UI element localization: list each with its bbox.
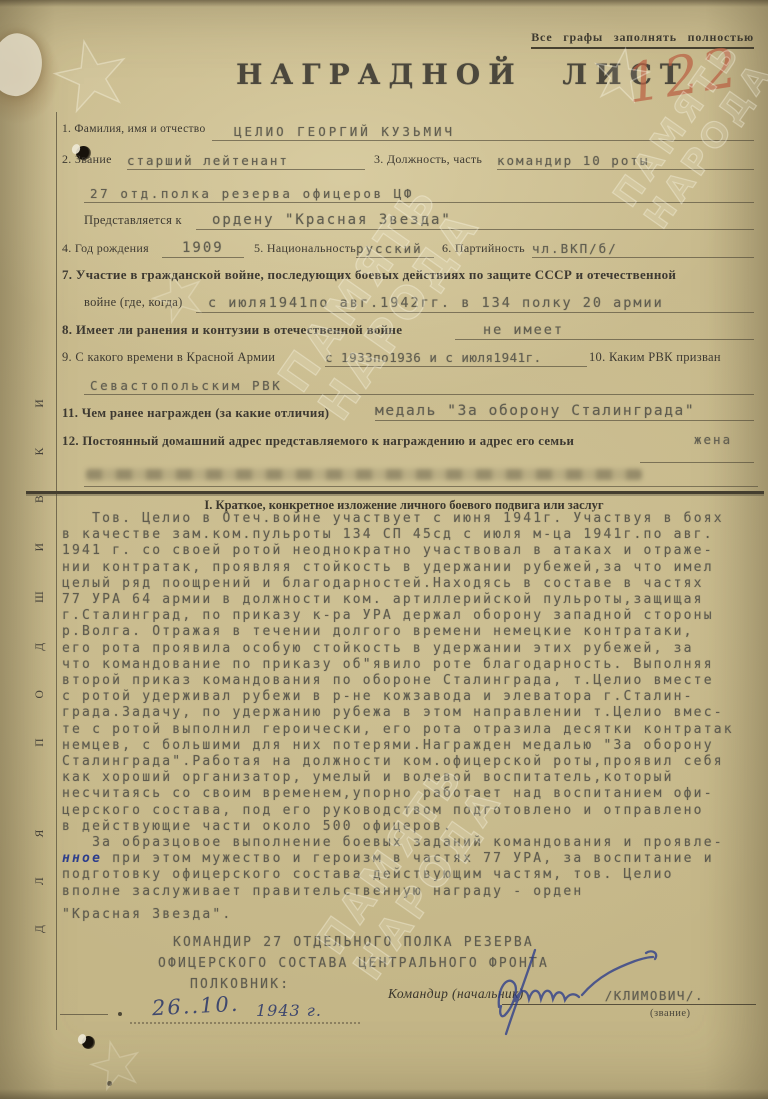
star-watermark-icon: ★ [80, 1022, 152, 1099]
hole-punch [82, 1036, 95, 1049]
citation-corrected-line: нное при этом мужество и героизм в частя… [62, 851, 764, 867]
field-4-value: 1909 [182, 240, 224, 256]
page-title: НАГРАДНОЙ ЛИСТ [236, 58, 689, 91]
field-2-value: старший лейтенант [127, 153, 289, 168]
field-1-line: ЦЕЛИО ГЕОРГИЙ КУЗЬМИЧ [212, 124, 754, 141]
field-11-label: 11. Чем ранее награжден (за какие отличи… [62, 406, 329, 421]
field-3-continuation-line: 27 отд.полка резерва офицеров ЦФ [84, 186, 754, 203]
field-9-label: 9. С какого времени в Красной Армии [62, 350, 275, 365]
field-1-label: 1. Фамилия, имя и отчество [62, 123, 206, 135]
field-10-value: Севастопольским РВК [90, 378, 282, 393]
presented-for-label: Представляется к [84, 213, 182, 228]
blue-ink-correction: нное [62, 851, 102, 866]
field-7-value: с июля1941по авг.1942гг. в 134 полку 20 … [208, 295, 664, 311]
field-8-label: 8. Имеет ли ранения и контузии в отечест… [62, 322, 402, 338]
ink-speck [107, 1081, 112, 1086]
field-4-label: 4. Год рождения [62, 241, 149, 256]
side-binding-note: ДЛЯ ПОДШИВКИ [34, 273, 46, 933]
field-8-value: не имеет [483, 322, 564, 338]
field-10-label: 10. Каким РВК призван [589, 350, 721, 365]
redacted-address [86, 469, 642, 480]
award-sheet-document: ★ ★ ★ ★ ПАМЯТЬ НАРОДА ПАМЯТЬ НАРОДА ПАМЯ… [0, 0, 768, 1099]
watermark-line: НАРОДА [310, 201, 490, 429]
presented-for-value: ордену "Красная Звезда" [212, 212, 452, 228]
field-3-value: командир 10 роты [497, 153, 649, 168]
field-8-line: не имеет [455, 323, 754, 340]
date-year: 1943 г. [256, 1001, 322, 1020]
torn-corner-stain [0, 28, 50, 102]
citation-text: Тов. Целио в Отеч.войне участвует с июня… [62, 511, 764, 923]
commander-title-line1: КОМАНДИР 27 ОТДЕЛЬНОГО ПОЛКА РЕЗЕРВА [173, 935, 534, 950]
field-6-line: чл.ВКП/б/ [532, 241, 754, 258]
field-1-value: ЦЕЛИО ГЕОРГИЙ КУЗЬМИЧ [234, 124, 455, 139]
field-12-label: 12. Постоянный домашний адрес представля… [62, 434, 574, 449]
commander-signature-ink [486, 944, 664, 1039]
separator-thin [84, 486, 758, 487]
field-6-value: чл.ВКП/б/ [532, 241, 618, 256]
field-2-line: старший лейтенант [127, 153, 365, 170]
field-3-value-continuation: 27 отд.полка резерва офицеров ЦФ [90, 186, 414, 201]
field-10-line: Севастопольским РВК [84, 378, 754, 395]
field-4-line: 1909 [162, 241, 244, 258]
field-5-line: русский [356, 241, 434, 258]
field-3-label: 3. Должность, часть [374, 152, 482, 167]
date-leader-line [60, 998, 108, 1015]
field-9-value: с 1933по1936 и с июля1941г. [325, 350, 542, 365]
field-5-value: русский [356, 241, 423, 256]
date-leader-dot [118, 1012, 122, 1016]
field-11-value: медаль "За оборону Сталинграда" [375, 403, 695, 419]
field-12-value: жена [694, 432, 732, 447]
field-11-line: медаль "За оборону Сталинграда" [375, 404, 754, 421]
field-6-label: 6. Партийность [442, 241, 525, 256]
citation-part1: Тов. Целио в Отеч.войне участвует с июня… [62, 511, 764, 851]
field-7-label-line1: 7. Участие в гражданской войне, последую… [62, 267, 676, 283]
commander-rank: ПОЛКОВНИК: [190, 977, 290, 992]
field-2-label: 2. Звание [62, 152, 112, 167]
field-12-short-line [640, 446, 754, 463]
citation-award-name: "Красная Звезда". [62, 907, 764, 923]
field-5-label: 5. Национальность [254, 241, 356, 256]
field-3-line: командир 10 роты [497, 153, 754, 170]
citation-part2: при этом мужество и героизм в частях 77 … [102, 851, 714, 866]
field-9-line: с 1933по1936 и с июля1941г. [325, 350, 587, 367]
date-day-month-handwritten: 26..10. [151, 992, 240, 1021]
left-margin-rule [56, 112, 57, 1030]
field-7-line: с июля1941по авг.1942гг. в 134 полку 20 … [196, 296, 754, 313]
citation-part3: подготовку офицерского состава действующ… [62, 867, 764, 899]
presented-for-line: ордену "Красная Звезда" [196, 213, 754, 230]
separator-thick [26, 491, 764, 494]
field-7-label-line2: войне (где, когда) [84, 295, 183, 310]
